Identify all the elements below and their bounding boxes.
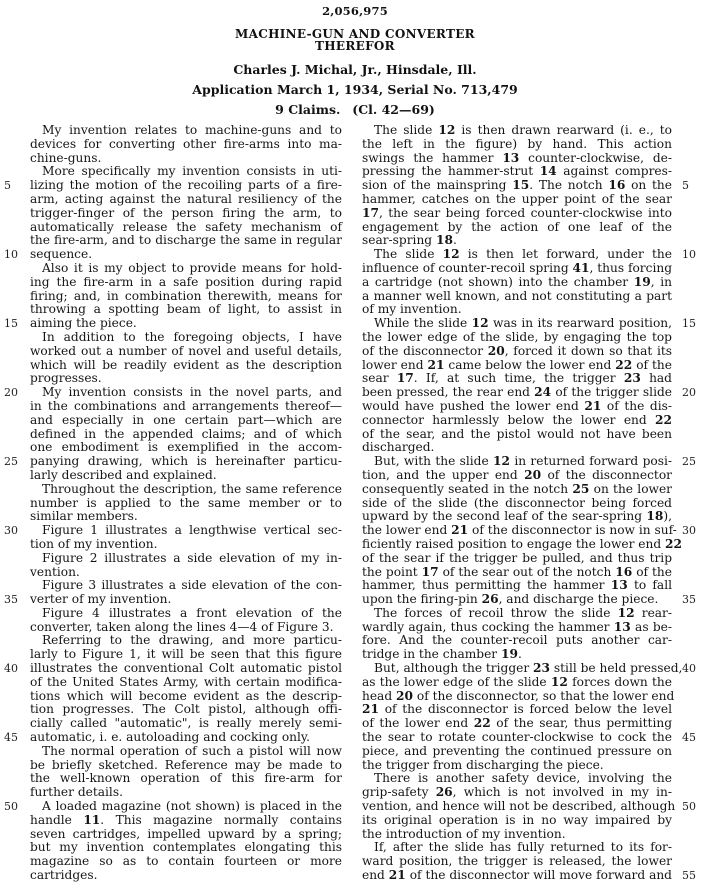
reference-numeral: 23 — [624, 371, 641, 385]
text-line: ward position, the trigger is released, … — [362, 855, 672, 869]
text-line: head 20 of the disconnector, so that the… — [362, 690, 672, 704]
text-line: While the slide 12 was in its rearward p… — [362, 317, 672, 331]
line-number: 25 — [682, 455, 704, 469]
text-line: the left in the figure) by hand. This ac… — [362, 138, 672, 152]
text-line: the sear to rotate counter-clockwise to … — [362, 731, 672, 745]
reference-numeral: 24 — [534, 385, 551, 399]
reference-numeral: 19 — [634, 275, 651, 289]
reference-numeral: 23 — [533, 661, 550, 675]
line-number: 5 — [682, 179, 704, 193]
text-line: and especially in one certain part—which… — [30, 414, 342, 428]
text-line: which will be readily evident as the des… — [30, 359, 342, 373]
reference-numeral: 12 — [493, 454, 510, 468]
text-line: defined in the appended claims; and of w… — [30, 428, 342, 442]
reference-numeral: 20 — [524, 468, 541, 482]
text-line: piece, and preventing the continued pres… — [362, 745, 672, 759]
text-line: side of the slide (the disconnector bein… — [362, 497, 672, 511]
text-line: upon the firing-pin 26, and discharge th… — [362, 593, 672, 607]
inventor-line: Charles J. Michal, Jr., Hinsdale, Ill. — [0, 62, 710, 77]
line-number: 40 — [682, 662, 704, 676]
reference-numeral: 17 — [422, 565, 439, 579]
reference-numeral: 22 — [474, 716, 491, 730]
text-line: been pressed, the rear end 24 of the tri… — [362, 386, 672, 400]
reference-numeral: 15 — [512, 178, 529, 192]
text-line: of the disconnector 20, forced it down s… — [362, 345, 672, 359]
text-line: sear-spring 18. — [362, 234, 672, 248]
text-line: Throughout the description, the same ref… — [30, 483, 342, 497]
text-line: end 21 of the disconnector will move for… — [362, 869, 672, 883]
text-line: wardly again, thus cocking the hammer 13… — [362, 621, 672, 635]
line-number: 35 — [682, 593, 704, 607]
text-line: 17, the sear being forced counter-clockw… — [362, 207, 672, 221]
text-line: automatic, i. e. autoloading and cocking… — [30, 731, 342, 745]
line-number: 30 — [4, 524, 22, 538]
patent-title: MACHINE-GUN AND CONVERTER THEREFOR — [0, 28, 710, 52]
text-line: magazine so as to contain fourteen or mo… — [30, 855, 342, 869]
line-number: 30 — [682, 524, 704, 538]
text-line: engagement by the action of one leaf of … — [362, 221, 672, 235]
text-line: aiming the piece. — [30, 317, 342, 331]
text-line: number is applied to the same member or … — [30, 497, 342, 511]
text-line: its original operation is in no way impa… — [362, 814, 672, 828]
reference-numeral: 12 — [443, 247, 460, 261]
text-line: of my invention. — [362, 303, 672, 317]
text-line: the fire-arm, and to discharge the same … — [30, 234, 342, 248]
text-line: But, although the trigger 23 still be he… — [362, 662, 672, 676]
reference-numeral: 16 — [615, 565, 632, 579]
text-line: tions which will become evident as the d… — [30, 690, 342, 704]
text-line: a manner well known, and not constitutin… — [362, 290, 672, 304]
text-line: Referring to the drawing, and more parti… — [30, 634, 342, 648]
text-line: seven cartridges, impelled upward by a s… — [30, 828, 342, 842]
text-line: sequence. — [30, 248, 342, 262]
reference-numeral: 21 — [451, 523, 468, 537]
reference-numeral: 22 — [665, 537, 682, 551]
text-line: The slide 12 is then let forward, under … — [362, 248, 672, 262]
text-line: discharged. — [362, 441, 672, 455]
text-line: lower end 21 came below the lower end 22… — [362, 359, 672, 373]
text-line: of the United States Army, with certain … — [30, 676, 342, 690]
text-line: influence of counter-recoil spring 41, t… — [362, 262, 672, 276]
text-line: There is another safety device, involvin… — [362, 772, 672, 786]
line-number: 35 — [4, 593, 22, 607]
reference-numeral: 13 — [611, 578, 628, 592]
text-line: The normal operation of such a pistol wi… — [30, 745, 342, 759]
text-line: More specifically my invention consists … — [30, 165, 342, 179]
line-number: 25 — [4, 455, 22, 469]
text-line: 21 of the disconnector is forced below t… — [362, 703, 672, 717]
text-line: the introduction of my invention. — [362, 828, 672, 842]
text-line: Figure 3 illustrates a side elevation of… — [30, 579, 342, 593]
line-number: 10 — [682, 248, 704, 262]
text-line: worked out a number of novel and useful … — [30, 345, 342, 359]
line-number: 55 — [682, 869, 704, 883]
text-line: lizing the motion of the recoiling parts… — [30, 179, 342, 193]
reference-numeral: 25 — [572, 482, 589, 496]
text-line: pressing the hammer-strut 14 against com… — [362, 165, 672, 179]
text-line: hammer, catches on the upper point of th… — [362, 193, 672, 207]
text-line: My invention relates to machine-guns and… — [30, 124, 342, 138]
reference-numeral: 13 — [502, 151, 519, 165]
text-line: throwing a spotting beam of light, to as… — [30, 303, 342, 317]
text-line: devices for converting other fire-arms i… — [30, 138, 342, 152]
text-line: swings the hammer 13 counter-clockwise, … — [362, 152, 672, 166]
text-line: Figure 4 illustrates a front elevation o… — [30, 607, 342, 621]
text-line: illustrates the conventional Colt automa… — [30, 662, 342, 676]
reference-numeral: 19 — [501, 647, 518, 661]
text-line: the well-known operation of this fire-ar… — [30, 772, 342, 786]
reference-numeral: 21 — [584, 399, 601, 413]
text-line: verter of my invention. — [30, 593, 342, 607]
text-line: a cartridge (not shown) into the chamber… — [362, 276, 672, 290]
title-line-2: THEREFOR — [0, 40, 710, 52]
reference-numeral: 26 — [482, 592, 499, 606]
text-line: the lower end 21 of the disconnector is … — [362, 524, 672, 538]
reference-numeral: 12 — [551, 675, 568, 689]
text-line: the lower edge of the slide, by engaging… — [362, 331, 672, 345]
reference-numeral: 11 — [83, 813, 100, 827]
text-line: consequently seated in the notch 25 on t… — [362, 483, 672, 497]
claims-count: 9 Claims. — [275, 102, 340, 117]
text-line: But, with the slide 12 in returned forwa… — [362, 455, 672, 469]
text-line: arm, acting against the natural resilien… — [30, 193, 342, 207]
text-line: Also it is my object to provide means fo… — [30, 262, 342, 276]
text-line: the trigger from discharging the piece. — [362, 759, 672, 773]
text-line: tion, and the upper end 20 of the discon… — [362, 469, 672, 483]
text-line: The forces of recoil throw the slide 12 … — [362, 607, 672, 621]
left-text-column: My invention relates to machine-guns and… — [30, 124, 342, 883]
text-line: My invention consists in the novel parts… — [30, 386, 342, 400]
text-line: Figure 1 illustrates a lengthwise vertic… — [30, 524, 342, 538]
text-line: chine-guns. — [30, 152, 342, 166]
text-line: vention, and hence will not be described… — [362, 800, 672, 814]
reference-numeral: 22 — [655, 413, 672, 427]
reference-numeral: 16 — [608, 178, 625, 192]
text-line: ing the fire-arm in a safe position duri… — [30, 276, 342, 290]
reference-numeral: 41 — [573, 261, 590, 275]
text-line: cially called "automatic", is really mer… — [30, 717, 342, 731]
text-line: progresses. — [30, 372, 342, 386]
application-line: Application March 1, 1934, Serial No. 71… — [0, 82, 710, 97]
text-line: the point 17 of the sear out of the notc… — [362, 566, 672, 580]
text-line: grip-safety 26, which is not involved in… — [362, 786, 672, 800]
text-line: tion progresses. The Colt pistol, althou… — [30, 703, 342, 717]
text-line: Figure 2 illustrates a side elevation of… — [30, 552, 342, 566]
text-line: A loaded magazine (not shown) is placed … — [30, 800, 342, 814]
text-line: further details. — [30, 786, 342, 800]
right-text-column: The slide 12 is then drawn rearward (i. … — [362, 124, 672, 883]
reference-numeral: 12 — [472, 316, 489, 330]
reference-numeral: 26 — [436, 785, 453, 799]
text-line: similar members. — [30, 510, 342, 524]
text-line: handle 11. This magazine normally contai… — [30, 814, 342, 828]
text-line: larly described and explained. — [30, 469, 342, 483]
text-line: firing; and, in combination therewith, m… — [30, 290, 342, 304]
line-number: 50 — [4, 800, 22, 814]
text-line: vention. — [30, 566, 342, 580]
text-line: of the sear if the trigger be pulled, an… — [362, 552, 672, 566]
reference-numeral: 22 — [615, 358, 632, 372]
reference-numeral: 20 — [488, 344, 505, 358]
line-number: 45 — [4, 731, 22, 745]
reference-numeral: 21 — [428, 358, 445, 372]
text-line: In addition to the foregoing objects, I … — [30, 331, 342, 345]
text-line: of the lower end 22 of the sear, thus pe… — [362, 717, 672, 731]
reference-numeral: 12 — [438, 123, 455, 137]
line-number: 5 — [4, 179, 22, 193]
text-line: upward by the second leaf of the sear-sp… — [362, 510, 672, 524]
reference-numeral: 14 — [540, 164, 557, 178]
text-line: connector harmlessly below the lower end… — [362, 414, 672, 428]
line-number: 15 — [682, 317, 704, 331]
text-line: ficiently raised position to engage the … — [362, 538, 672, 552]
text-line: in the combinations and arrangements the… — [30, 400, 342, 414]
line-number: 40 — [4, 662, 22, 676]
text-line: trigger-finger of the person firing the … — [30, 207, 342, 221]
text-line: but my invention contemplates elongating… — [30, 841, 342, 855]
line-number: 20 — [4, 386, 22, 400]
text-line: sear 17. If, at such time, the trigger 2… — [362, 372, 672, 386]
text-line: as the lower edge of the slide 12 forces… — [362, 676, 672, 690]
line-number: 45 — [682, 731, 704, 745]
reference-numeral: 21 — [389, 868, 406, 882]
line-number: 20 — [682, 386, 704, 400]
text-line: of the sear, and the pistol would not ha… — [362, 428, 672, 442]
reference-numeral: 13 — [614, 620, 631, 634]
text-line: converter, taken along the lines 4—4 of … — [30, 621, 342, 635]
reference-numeral: 18 — [436, 233, 453, 247]
text-line: be briefly sketched. Reference may be ma… — [30, 759, 342, 773]
line-number: 10 — [4, 248, 22, 262]
text-line: automatically release the safety mechani… — [30, 221, 342, 235]
reference-numeral: 18 — [646, 509, 663, 523]
reference-numeral: 17 — [397, 371, 414, 385]
reference-numeral: 20 — [396, 689, 413, 703]
text-line: panying drawing, which is hereinafter pa… — [30, 455, 342, 469]
text-line: hammer, thus permitting the hammer 13 to… — [362, 579, 672, 593]
reference-numeral: 21 — [362, 702, 379, 716]
reference-numeral: 12 — [618, 606, 635, 620]
reference-numeral: 17 — [362, 206, 379, 220]
patent-number: 2,056,975 — [0, 4, 710, 18]
line-number: 50 — [682, 800, 704, 814]
classification: (Cl. 42—69) — [352, 102, 435, 117]
line-number: 15 — [4, 317, 22, 331]
text-line: would have pushed the lower end 21 of th… — [362, 400, 672, 414]
text-line: sion of the mainspring 15. The notch 16 … — [362, 179, 672, 193]
text-line: cartridges. — [30, 869, 342, 883]
text-line: tion of my invention. — [30, 538, 342, 552]
text-line: fore. And the counter-recoil puts anothe… — [362, 634, 672, 648]
text-line: If, after the slide has fully returned t… — [362, 841, 672, 855]
text-line: one embodiment is exemplified in the acc… — [30, 441, 342, 455]
text-line: tridge in the chamber 19. — [362, 648, 672, 662]
text-line: The slide 12 is then drawn rearward (i. … — [362, 124, 672, 138]
text-line: larly to Figure 1, it will be seen that … — [30, 648, 342, 662]
claims-line: 9 Claims. (Cl. 42—69) — [0, 102, 710, 117]
